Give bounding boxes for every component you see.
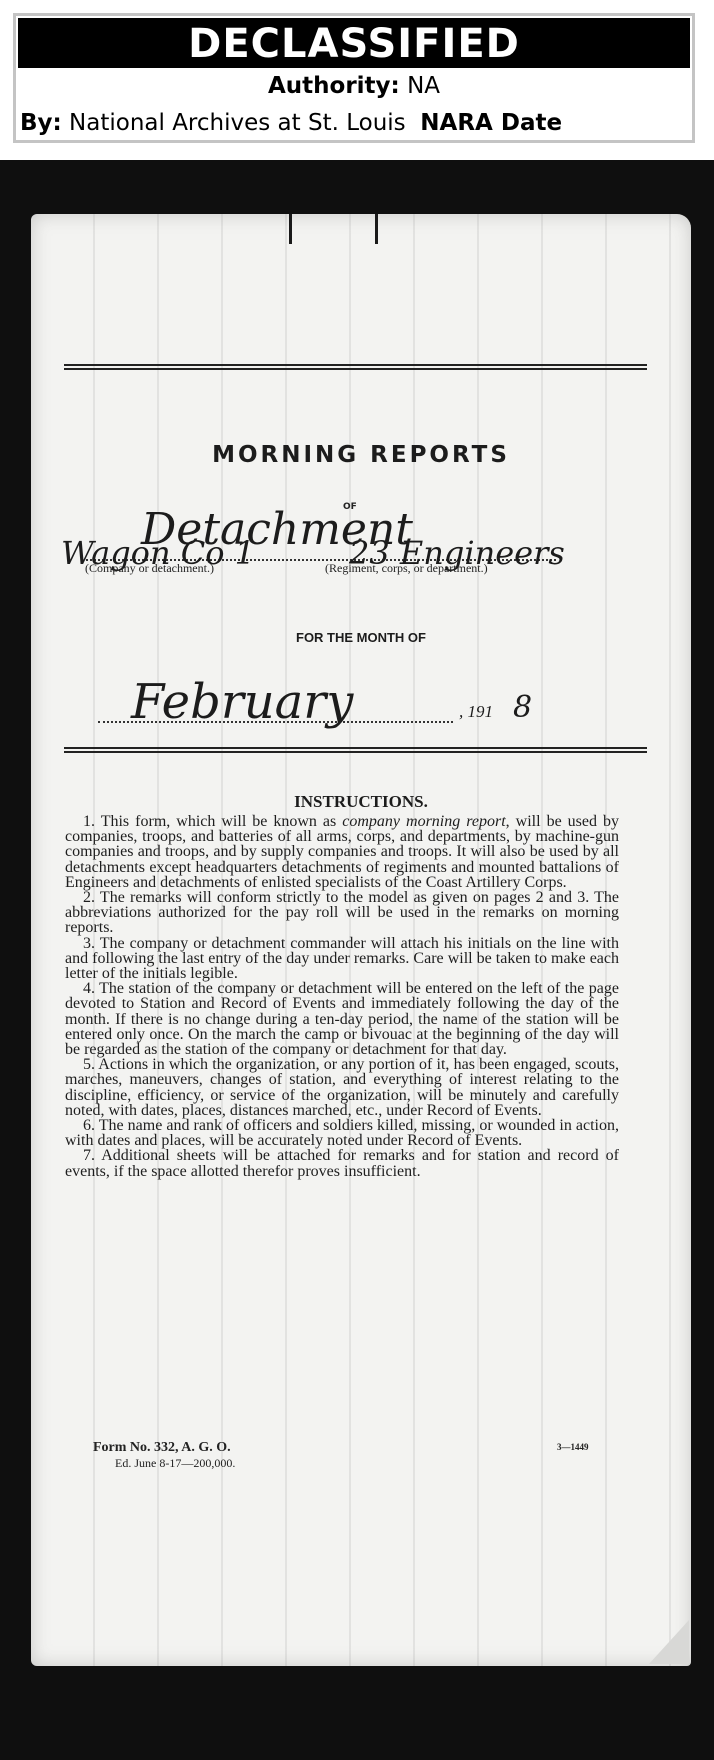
- form-edition: Ed. June 8-17—200,000.: [115, 1456, 235, 1471]
- middle-double-rule: [64, 747, 647, 753]
- authority-label: Authority:: [268, 73, 400, 99]
- stamp-authority: Authority: NA: [16, 72, 692, 100]
- folded-corner: [649, 1620, 689, 1664]
- declassified-stamp: DECLASSIFIED Authority: NA By: National …: [13, 13, 695, 143]
- top-double-rule: [64, 364, 647, 370]
- page-tear-mark: [375, 214, 378, 244]
- page-tear-mark: [289, 214, 292, 244]
- nara-date-label: NARA Date: [420, 110, 562, 136]
- stamp-by-line: By: National Archives at St. Louis NARA …: [20, 108, 688, 138]
- scanned-document: MORNING REPORTS OF Detachment Wagon Co 1…: [0, 160, 714, 1760]
- handwritten-month: February: [131, 674, 353, 730]
- authority-value: NA: [407, 73, 440, 99]
- year-prefix: , 191: [459, 702, 493, 722]
- handwritten-year-digit: 8: [513, 690, 532, 725]
- form-number: Form No. 332, A. G. O.: [93, 1440, 231, 1456]
- by-value: National Archives at St. Louis: [69, 110, 406, 136]
- instruction-item: 3. The company or detachment commander w…: [65, 936, 619, 982]
- by-label: By:: [20, 110, 62, 136]
- form-code: 3—1449: [557, 1442, 589, 1452]
- instructions-title: INSTRUCTIONS.: [31, 792, 691, 812]
- stamp-heading: DECLASSIFIED: [18, 18, 690, 68]
- instruction-item: 5. Actions in which the organization, or…: [65, 1057, 619, 1118]
- company-caption: (Company or detachment.): [85, 561, 214, 576]
- month-label: FOR THE MONTH OF: [31, 630, 691, 645]
- form-page: MORNING REPORTS OF Detachment Wagon Co 1…: [31, 214, 691, 1666]
- instruction-item: 6. The name and rank of officers and sol…: [65, 1118, 619, 1148]
- instruction-item: 7. Additional sheets will be attached fo…: [65, 1148, 619, 1178]
- instructions-list: 1. This form, which will be known as com…: [65, 814, 619, 1179]
- instruction-item: 1. This form, which will be known as com…: [65, 814, 619, 890]
- regiment-caption: (Regiment, corps, or department.): [325, 561, 488, 576]
- instruction-item: 4. The station of the company or detachm…: [65, 981, 619, 1057]
- form-title: MORNING REPORTS: [31, 442, 691, 468]
- instruction-item: 2. The remarks will conform strictly to …: [65, 890, 619, 936]
